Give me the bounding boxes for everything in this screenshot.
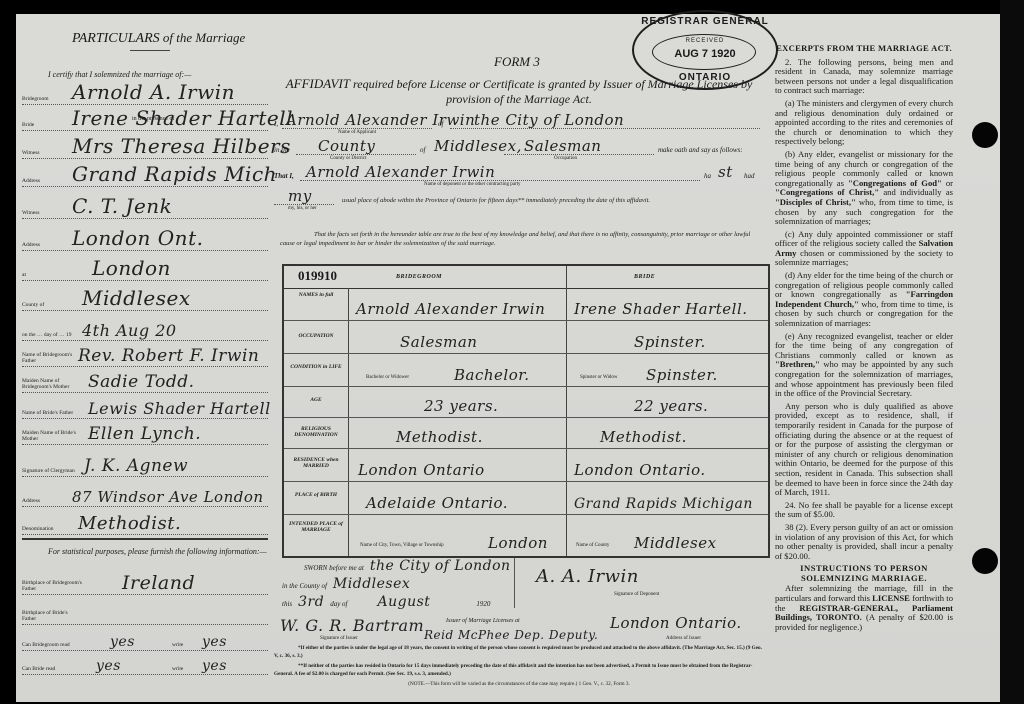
- deponent-line: That I, Arnold Alexander Irwin ha st had…: [274, 162, 764, 182]
- form-number: FORM 3: [494, 54, 540, 70]
- field-groom-father-birthplace: Birthplace of Bridegroom's FatherIreland: [22, 570, 268, 595]
- clause-c: (c) Any duly appointed commissioner or s…: [775, 230, 953, 268]
- issuer-caption: Signature of Issuer: [320, 636, 358, 641]
- table-row: NAMES in fullArnold Alexander IrwinIrene…: [284, 288, 768, 321]
- marriage-details-table: 019910 BRIDEGROOM BRIDE NAMES in fullArn…: [282, 264, 770, 558]
- issuer-address: London Ontario.: [604, 614, 748, 632]
- deponent-signature: A. A. Irwin: [530, 566, 645, 584]
- table-row: CONDITION in LIFEBachelor or WidowerBach…: [284, 354, 768, 387]
- presence-caption: in the presence of: [132, 116, 174, 122]
- field-clergyman-address: Address87 Windsor Ave London: [22, 482, 268, 507]
- scan-border: [1000, 0, 1024, 704]
- excerpts-panel: EXCERPTS FROM THE MARRIAGE ACT. 2. The f…: [775, 44, 953, 635]
- table-row: OCCUPATIONSalesmanSpinster.: [284, 321, 768, 354]
- applicant-line: I, Arnold Alexander Irwin of the City of…: [274, 110, 764, 130]
- clause-a: (a) The ministers and clergymen of every…: [775, 99, 953, 147]
- issuer-signature: W. G. R. Bartram: [274, 616, 430, 634]
- divider: [130, 50, 170, 51]
- sworn-county: in the County ofMiddlesex: [282, 576, 416, 594]
- serial-number: 019910: [298, 268, 337, 284]
- particulars-title: PARTICULARS of the Marriage: [72, 30, 245, 47]
- clause-b: (b) Any elder, evangelist or missionary …: [775, 150, 953, 227]
- county-line: in the County of Middlesex, Salesman mak…: [274, 136, 764, 156]
- field-bridegroom: BridegroomArnold A. Irwin: [22, 80, 268, 105]
- field-clergyman-signature: Signature of ClergymanJ. K. Agnew: [22, 452, 268, 477]
- field-at: atLondon: [22, 256, 268, 281]
- field-witness-1-address: AddressGrand Rapids Mich: [22, 162, 268, 187]
- field-county: County ofMiddlesex: [22, 286, 268, 311]
- table-header: 019910 BRIDEGROOM BRIDE: [284, 266, 768, 289]
- field-groom-mother: Maiden Name of Bridegroom's MotherSadie …: [22, 368, 268, 393]
- deponent-caption: Signature of Deponent: [614, 592, 659, 597]
- affidavit-panel: FORM 3 AFFIDAVIT required before License…: [274, 30, 764, 680]
- field-bride-literacy: Can Bride readyeswriteyes: [22, 650, 268, 675]
- field-bride-father-birthplace: Birthplace of Bride's Father: [22, 600, 268, 625]
- excerpts-title: EXCERPTS FROM THE MARRIAGE ACT.: [775, 44, 953, 54]
- field-bride-mother: Maiden Name of Bride's MotherEllen Lynch…: [22, 420, 268, 445]
- instructions-title: INSTRUCTIONS TO PERSON SOLEMNIZING MARRI…: [775, 564, 953, 583]
- table-row: PLACE of BIRTHAdelaide Ontario.Grand Rap…: [284, 482, 768, 515]
- footnotes: *If either of the parties is under the l…: [274, 644, 764, 690]
- table-row: RESIDENCE when MARRIEDLondon OntarioLond…: [284, 449, 768, 482]
- statistical-intro: For statistical purposes, please furnish…: [22, 546, 268, 558]
- field-witness-2: WitnessC. T. Jenk: [22, 194, 268, 219]
- field-groom-father: Name of Bridegroom's FatherRev. Robert F…: [22, 342, 268, 367]
- field-groom-literacy: Can Bridegroom readyeswriteyes: [22, 626, 268, 651]
- table-row: RELIGIOUS DENOMINATIONMethodist.Methodis…: [284, 418, 768, 449]
- section-24: 24. No fee shall be payable for a licens…: [775, 501, 953, 520]
- column-bride: BRIDE: [634, 274, 655, 280]
- table-row: AGE23 years.22 years.: [284, 387, 768, 418]
- field-witness-1: WitnessMrs Theresa Hilbers: [22, 134, 268, 159]
- issuer-of-label: Issuer of Marriage Licenses at: [446, 618, 520, 636]
- field-witness-2-address: AddressLondon Ont.: [22, 226, 268, 251]
- facts-statement: That the facts set forth in the hereunde…: [280, 230, 764, 248]
- footnote-2: **If neither of the parties has resided …: [274, 662, 764, 678]
- sworn-date: this3rdday ofAugust1920: [282, 594, 490, 612]
- field-bride-father: Name of Bride's FatherLewis Shader Harte…: [22, 394, 268, 419]
- stamp-date: AUG 7 1920: [634, 48, 776, 60]
- residence-clause: Any person who is duly qualified as abov…: [775, 402, 953, 498]
- footnote-1: *If either of the parties is under the l…: [274, 644, 764, 660]
- instructions-text: After solemnizing the marriage, fill in …: [775, 584, 953, 632]
- sworn-place: SWORN before me atthe City of London: [304, 558, 517, 576]
- section-38: 38 (2). Every person guilty of an act or…: [775, 523, 953, 561]
- table-row: INTENDED PLACE of MARRIAGEName of City, …: [284, 515, 768, 554]
- column-bridegroom: BRIDEGROOM: [396, 274, 442, 280]
- registrar-received-stamp: REGISTRAR GENERAL RECEIVED AUG 7 1920 ON…: [632, 10, 778, 90]
- address-caption: Address of Issuer: [666, 636, 701, 641]
- field-date: on the … day of … 194th Aug 20: [22, 316, 268, 341]
- section-2: 2. The following persons, being men and …: [775, 58, 953, 96]
- punch-hole: [972, 548, 998, 574]
- field-denomination: DenominationMethodist.: [22, 510, 268, 535]
- divider: [22, 538, 268, 540]
- abode-line: my usual place of abode within the Provi…: [274, 186, 764, 206]
- clause-e: (e) Any recognized evangelist, teacher o…: [775, 332, 953, 399]
- clause-d: (d) Any elder for the time being of the …: [775, 271, 953, 329]
- footnote-3: (NOTE.—This form will be varied as the c…: [274, 680, 764, 688]
- punch-hole: [972, 122, 998, 148]
- certify-text: I certify that I solemnized the marriage…: [48, 70, 191, 79]
